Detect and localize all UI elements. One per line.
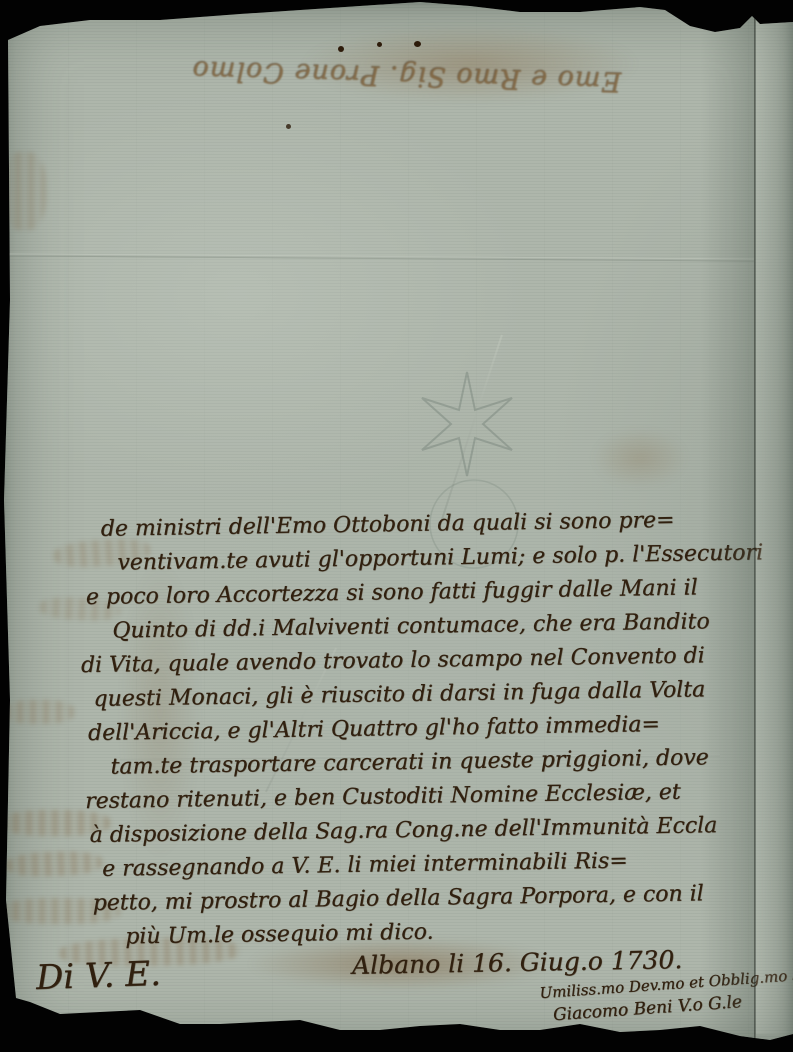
paper-sheet: Emo e Rmo Sig. Prone Colmo de ministri d… xyxy=(0,0,793,1052)
horizontal-crease xyxy=(6,253,754,261)
fold-shading xyxy=(700,10,754,1040)
manuscript-photo: Emo e Rmo Sig. Prone Colmo de ministri d… xyxy=(0,0,793,1052)
closing-salutation: Di V. E. xyxy=(35,954,161,998)
second-leaf-edge xyxy=(756,18,793,1034)
address-bleedthrough-text: Emo e Rmo Sig. Prone Colmo xyxy=(241,17,623,97)
ink-speck xyxy=(286,124,291,129)
ink-stain xyxy=(592,428,688,488)
ink-bleedthrough xyxy=(2,152,46,230)
letter-body: de ministri dell'Emo Ottoboni da quali s… xyxy=(55,503,762,956)
